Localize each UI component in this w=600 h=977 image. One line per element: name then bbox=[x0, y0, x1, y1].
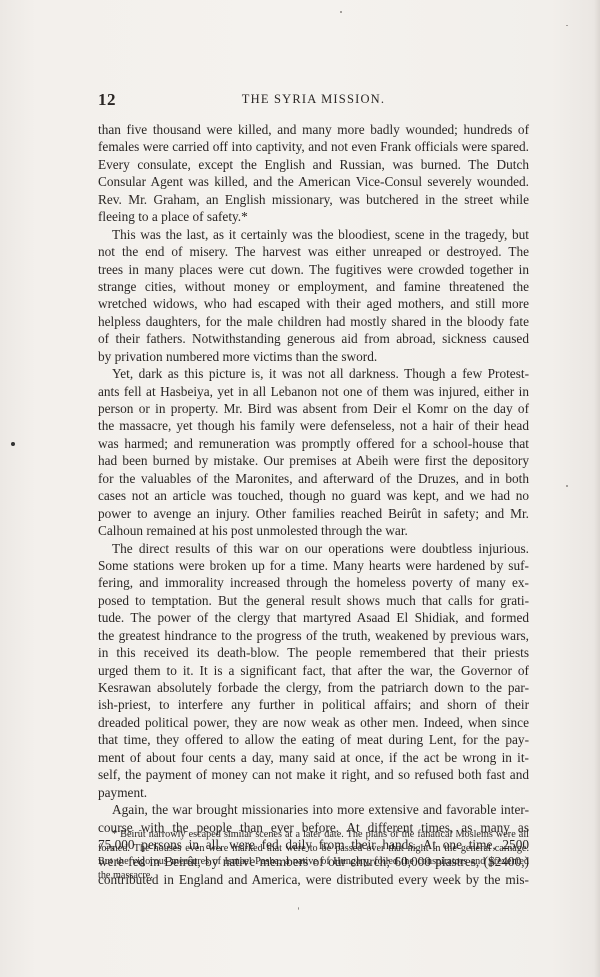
paper-speck bbox=[566, 25, 568, 26]
text-line: than five thousand were killed, and many… bbox=[98, 121, 529, 138]
footnote-line: the massacre. bbox=[98, 869, 529, 883]
text-line: that time, they offered to allow the eat… bbox=[98, 731, 529, 748]
text-line: urged them to it. It is a significant fa… bbox=[98, 662, 529, 679]
running-header: 12 THE SYRIA MISSION. bbox=[98, 90, 529, 110]
footnote-line: formed. The houses even were marked that… bbox=[98, 842, 529, 856]
text-line: person or in property. Mr. Bird was abse… bbox=[98, 400, 529, 417]
text-line: trees in many places were cut down. The … bbox=[98, 261, 529, 278]
text-line: the massacre, yet though his family were… bbox=[98, 417, 529, 434]
text-line: of their fathers. Notwithstanding genero… bbox=[98, 330, 529, 347]
text-line: cases not an article was touched, though… bbox=[98, 487, 529, 504]
text-line: self, the payment of money can not make … bbox=[98, 766, 529, 783]
text-line: Rev. Mr. Graham, an English missionary, … bbox=[98, 191, 529, 208]
text-line: in this received its death-blow. The peo… bbox=[98, 644, 529, 661]
text-line: posed to temptation. But the general res… bbox=[98, 592, 529, 609]
text-line: Kesrawan absolutely forbade the clergy, … bbox=[98, 679, 529, 696]
text-line: by privation numbered more victims than … bbox=[98, 348, 529, 365]
text-line: ish-priest, to interfere any further in … bbox=[98, 696, 529, 713]
text-line: dreaded political power, they are now we… bbox=[98, 714, 529, 731]
margin-ink-spot bbox=[11, 442, 15, 446]
text-line: Some stations were broken up for a time.… bbox=[98, 557, 529, 574]
page-edge-shadow bbox=[594, 0, 600, 977]
paper-speck bbox=[566, 485, 568, 487]
footnote-line: But the vigorous measures of Ismael Pash… bbox=[98, 855, 529, 869]
text-line: Every consulate, except the English and … bbox=[98, 156, 529, 173]
paper-speck bbox=[298, 907, 299, 910]
footnote: * Beirût narrowly escaped similar scenes… bbox=[98, 828, 529, 882]
text-line: fleeing to a place of safety.* bbox=[98, 208, 529, 225]
text-line: Calhoun remained at his post unmolested … bbox=[98, 522, 529, 539]
text-line: Yet, dark as this picture is, it was not… bbox=[98, 365, 529, 382]
text-line: tude. The power of the clergy that marty… bbox=[98, 609, 529, 626]
text-line: ants fell at Hasbeiya, yet in all Lebano… bbox=[98, 383, 529, 400]
paper-speck bbox=[340, 11, 342, 13]
text-line: strange cities, without money or employm… bbox=[98, 278, 529, 295]
book-page: 12 THE SYRIA MISSION. than five thousand… bbox=[0, 0, 600, 977]
text-line: fering, and immorality increased through… bbox=[98, 574, 529, 591]
text-line: Consular Agent was killed, and the Ameri… bbox=[98, 173, 529, 190]
text-line: power to avenge an injury. Other familie… bbox=[98, 505, 529, 522]
text-line: the greatest hindrance to the progress o… bbox=[98, 627, 529, 644]
body-text: than five thousand were killed, and many… bbox=[98, 121, 529, 888]
text-line: ment of about four cents a day, many sai… bbox=[98, 749, 529, 766]
text-line: had been burned by mistake. Our premises… bbox=[98, 452, 529, 469]
text-line: This was the last, as it certainly was t… bbox=[98, 226, 529, 243]
text-line: payment. bbox=[98, 784, 529, 801]
text-line: The direct results of this war on our op… bbox=[98, 540, 529, 557]
text-line: for the valuables of the Maronites, and … bbox=[98, 470, 529, 487]
text-line: helpless daughters, for the male childre… bbox=[98, 313, 529, 330]
text-line: Again, the war brought missionaries into… bbox=[98, 801, 529, 818]
text-line: was harmed; and remuneration was promptl… bbox=[98, 435, 529, 452]
text-line: females were carried off into captivity,… bbox=[98, 138, 529, 155]
text-line: wretched widows, who had escaped with th… bbox=[98, 295, 529, 312]
running-title: THE SYRIA MISSION. bbox=[98, 92, 529, 107]
footnote-line: * Beirût narrowly escaped similar scenes… bbox=[98, 828, 529, 842]
text-line: not the end of misery. The harvest was e… bbox=[98, 243, 529, 260]
